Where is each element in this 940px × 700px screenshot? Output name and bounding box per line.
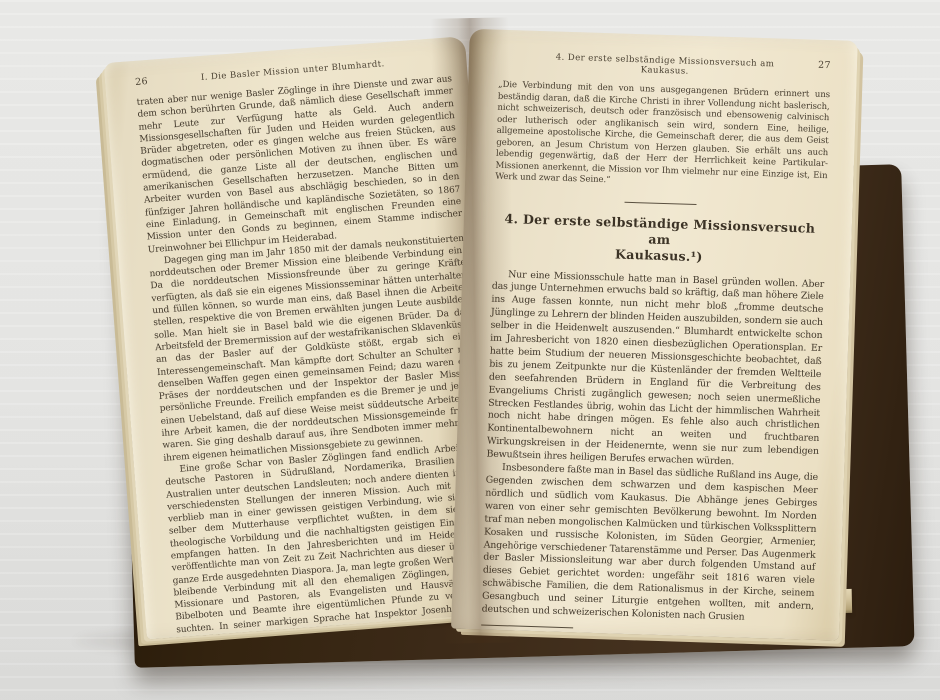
left-body-text: traten aber nur wenige Basler Zöglinge i… (136, 73, 493, 639)
section-divider (625, 201, 697, 204)
right-page: 4. Der erste selbständige Missionsversuc… (451, 29, 858, 641)
opening-quote: „Die Verbindung mit den von uns ausgegan… (495, 80, 830, 194)
right-footnote-rule (481, 624, 573, 628)
right-header-spacer (499, 58, 533, 59)
right-running-header: 4. Der erste selbständige Missionsversuc… (533, 52, 797, 80)
left-page: 26 I. Die Basler Mission unter Blumhardt… (104, 36, 508, 640)
photo-background: 26 I. Die Basler Mission unter Blumhardt… (0, 0, 940, 700)
left-paragraph-2: Dagegen ging man im Jahr 1850 mit der da… (148, 233, 479, 465)
left-paragraph-1: traten aber nur wenige Basler Zöglinge i… (136, 73, 463, 256)
right-paragraph-2: Insbesondere faßte man in Basel das südl… (481, 462, 818, 627)
section-heading: 4. Der erste selbständige Missionsversuc… (493, 210, 826, 268)
left-header-spacer (417, 61, 451, 64)
left-paragraph-3: Eine große Schar von Basler Zöglingen fa… (164, 441, 493, 640)
right-paragraph-1: Nur eine Missionsschule hatte man in Bas… (486, 268, 824, 472)
right-header-row: 4. Der erste selbständige Missionsversuc… (499, 50, 831, 81)
right-page-number: 27 (797, 59, 831, 71)
left-page-number: 26 (135, 74, 170, 88)
right-body-text: Nur eine Missionsschule hatte man in Bas… (481, 268, 824, 627)
